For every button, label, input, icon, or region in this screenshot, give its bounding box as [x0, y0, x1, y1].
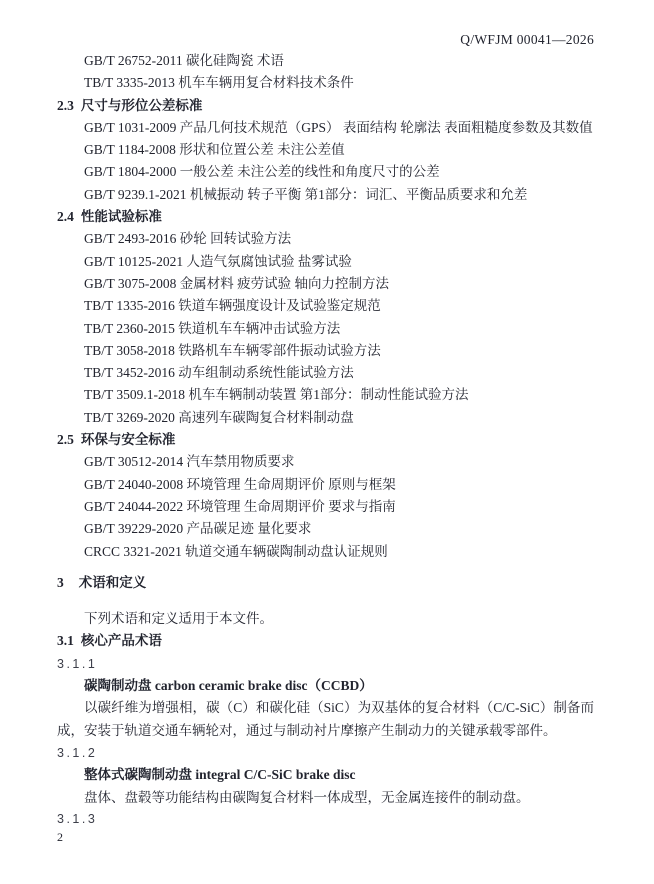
term-definition: 盘体、盘毂等功能结构由碳陶复合材料一体成型，无金属连接件的制动盘。 — [57, 787, 594, 809]
clause-number: 3.1.3 — [57, 809, 594, 829]
reference-item: TB/T 2360-2015 铁道机车车辆冲击试验方法 — [57, 318, 594, 340]
chapter-number: 3 — [57, 575, 64, 590]
reference-item: TB/T 3058-2018 铁路机车车辆零部件振动试验方法 — [57, 340, 594, 362]
subsection-title: 核心产品术语 — [81, 633, 162, 648]
section-heading-2-5: 2.5环保与安全标准 — [57, 429, 594, 451]
reference-item: TB/T 3509.1-2018 机车车辆制动装置 第1部分：制动性能试验方法 — [57, 384, 594, 406]
term-title: 碳陶制动盘 carbon ceramic brake disc（CCBD） — [57, 675, 594, 697]
reference-item: GB/T 1184-2008 形状和位置公差 未注公差值 — [57, 139, 594, 161]
reference-item: GB/T 24044-2022 环境管理 生命周期评价 要求与指南 — [57, 496, 594, 518]
clause-number: 3.1.2 — [57, 742, 594, 764]
reference-item: GB/T 3075-2008 金属材料 疲劳试验 轴向力控制方法 — [57, 273, 594, 295]
reference-item: CRCC 3321-2021 轨道交通车辆碳陶制动盘认证规则 — [57, 541, 594, 563]
reference-item: TB/T 3452-2016 动车组制动系统性能试验方法 — [57, 362, 594, 384]
reference-item: GB/T 26752-2011 碳化硅陶瓷 术语 — [57, 50, 594, 72]
chapter-title: 术语和定义 — [79, 575, 147, 590]
reference-item: GB/T 24040-2008 环境管理 生命周期评价 原则与框架 — [57, 474, 594, 496]
reference-item: GB/T 1804-2000 一般公差 未注公差的线性和角度尺寸的公差 — [57, 161, 594, 183]
section-number: 2.4 — [57, 209, 74, 224]
section-title: 环保与安全标准 — [81, 432, 176, 447]
chapter-heading-3: 3术语和定义 — [57, 572, 594, 594]
section-title: 性能试验标准 — [81, 209, 162, 224]
doc-number: Q/WFJM 00041—2026 — [57, 33, 594, 47]
reference-item: GB/T 1031-2009 产品几何技术规范（GPS） 表面结构 轮廓法 表面… — [57, 117, 594, 139]
reference-item: TB/T 3335-2013 机车车辆用复合材料技术条件 — [57, 72, 594, 94]
subsection-heading-3-1: 3.1核心产品术语 — [57, 630, 594, 652]
reference-item: GB/T 2493-2016 砂轮 回转试验方法 — [57, 228, 594, 250]
terms-intro: 下列术语和定义适用于本文件。 — [57, 608, 594, 630]
subsection-number: 3.1 — [57, 633, 74, 648]
section-title: 尺寸与形位公差标准 — [81, 98, 203, 113]
section-number: 2.3 — [57, 98, 74, 113]
document-page: Q/WFJM 00041—2026 GB/T 26752-2011 碳化硅陶瓷 … — [0, 0, 654, 884]
reference-item: GB/T 39229-2020 产品碳足迹 量化要求 — [57, 518, 594, 540]
reference-item: GB/T 30512-2014 汽车禁用物质要求 — [57, 451, 594, 473]
reference-item: GB/T 9239.1-2021 机械振动 转子平衡 第1部分：词汇、平衡品质要… — [57, 184, 594, 206]
reference-item: GB/T 10125-2021 人造气氛腐蚀试验 盐雾试验 — [57, 251, 594, 273]
section-heading-2-4: 2.4性能试验标准 — [57, 206, 594, 228]
page-number: 2 — [57, 830, 594, 845]
section-number: 2.5 — [57, 432, 74, 447]
term-definition: 以碳纤维为增强相，碳（C）和碳化硅（SiC）为双基体的复合材料（C/C-SiC）… — [57, 697, 594, 742]
clause-number: 3.1.1 — [57, 653, 594, 675]
reference-item: TB/T 3269-2020 高速列车碳陶复合材料制动盘 — [57, 407, 594, 429]
reference-item: TB/T 1335-2016 铁道车辆强度设计及试验鉴定规范 — [57, 295, 594, 317]
section-heading-2-3: 2.3尺寸与形位公差标准 — [57, 95, 594, 117]
term-title: 整体式碳陶制动盘 integral C/C-SiC brake disc — [57, 764, 594, 786]
